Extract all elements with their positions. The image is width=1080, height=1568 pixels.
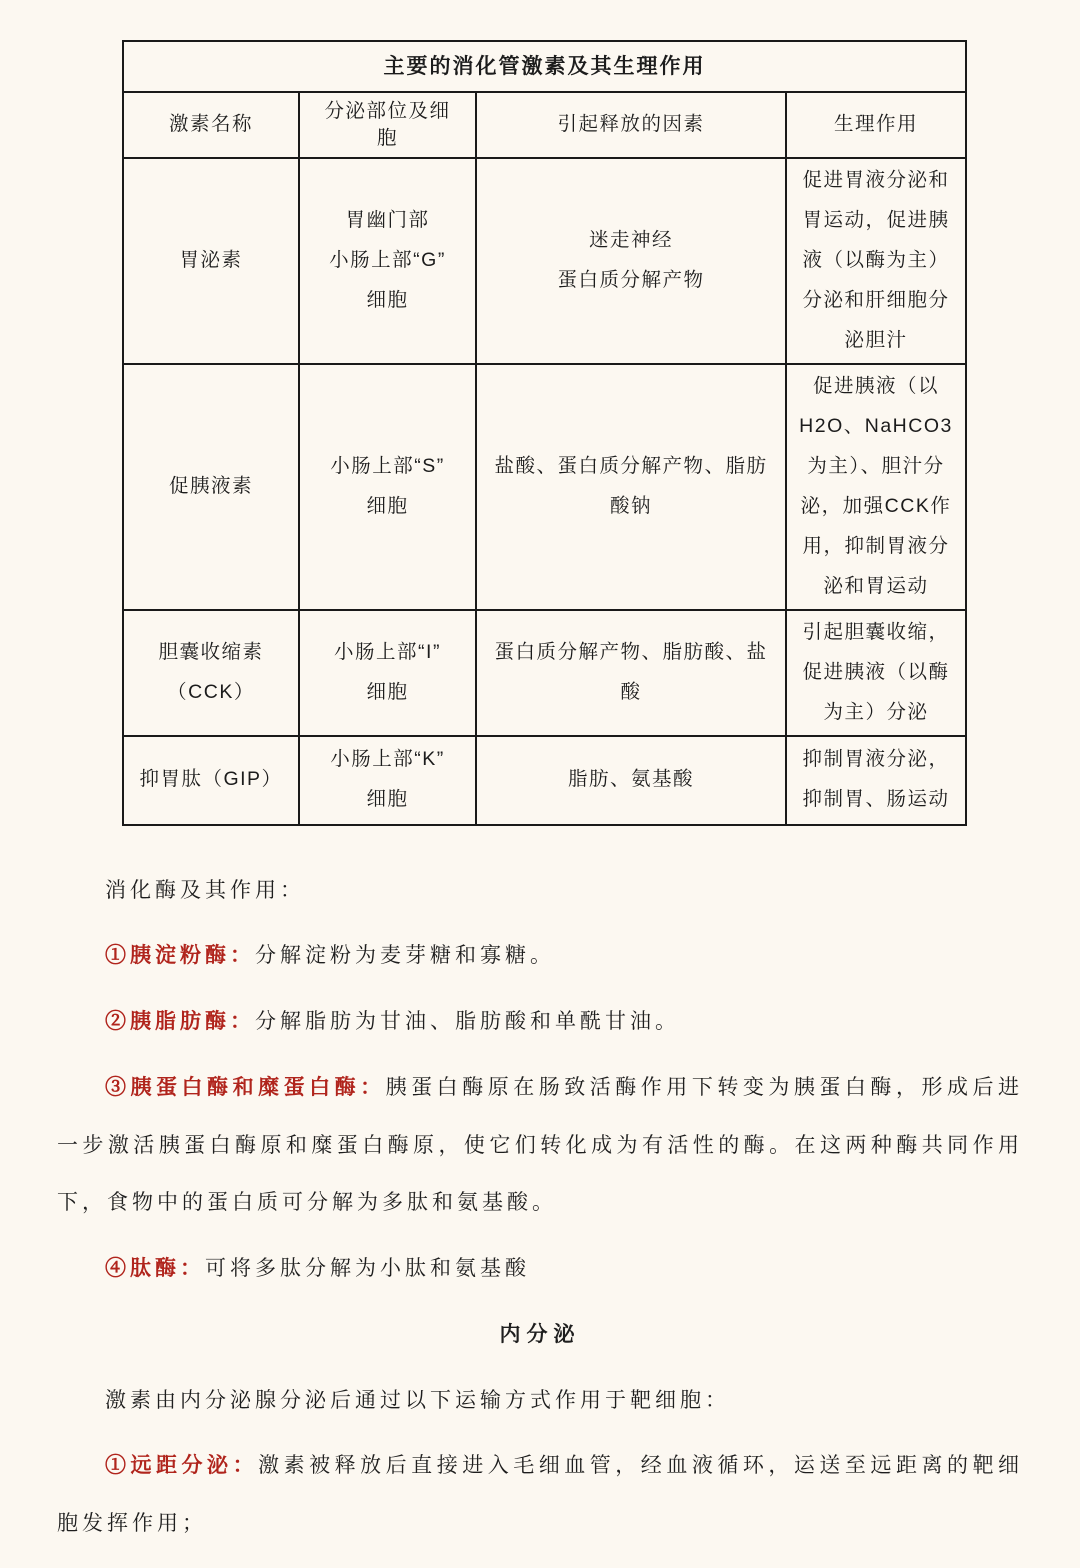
page: { "colors": { "background": "#fcf8f1", "… — [0, 40, 1080, 1568]
hormone-name-cell: 促胰液素 — [123, 364, 299, 610]
enzyme-item-1: ①胰淀粉酶：分解淀粉为麦芽糖和寡糖。 — [57, 927, 1023, 985]
enzyme-desc-peptidase: 可将多肽分解为小肽和氨基酸 — [205, 1256, 530, 1280]
physiological-effects-cell: 引起胆囊收缩，促进胰液（以酶为主）分泌 — [786, 610, 966, 736]
secretion-site-cell: 胃幽门部 小肠上部“G” 细胞 — [299, 158, 476, 364]
enzyme-label-trypsin-chymotrypsin: ③胰蛋白酶和糜蛋白酶： — [105, 1075, 386, 1099]
col-header-physiological-effects: 生理作用 — [786, 92, 966, 158]
table-row: 促胰液素 小肠上部“S” 细胞 盐酸、蛋白质分解产物、脂肪酸钠 促进胰液（以H2… — [123, 364, 966, 610]
paragraph-endocrine-intro: 激素由内分泌腺分泌后通过以下运输方式作用于靶细胞： — [57, 1372, 1023, 1430]
release-factors-cell: 盐酸、蛋白质分解产物、脂肪酸钠 — [476, 364, 786, 610]
section-heading-endocrine: 内分泌 — [57, 1306, 1023, 1364]
hormone-name-cell: 胆囊收缩素（CCK） — [123, 610, 299, 736]
hormone-name-cell: 胃泌素 — [123, 158, 299, 364]
col-header-secretion-site: 分泌部位及细胞 — [299, 92, 476, 158]
transport-label-telecrine: ①远距分泌： — [105, 1453, 258, 1477]
document-body: 消化酶及其作用： ①胰淀粉酶：分解淀粉为麦芽糖和寡糖。 ②胰脂肪酶：分解脂肪为甘… — [57, 862, 1023, 1553]
table-header-row: 激素名称 分泌部位及细胞 引起释放的因素 生理作用 — [123, 92, 966, 158]
hormone-name-cell: 抑胃肽（GIP） — [123, 736, 299, 825]
transport-item-1: ①远距分泌：激素被释放后直接进入毛细血管，经血液循环，运送至远距离的靶细胞发挥作… — [57, 1437, 1023, 1553]
release-factors-cell: 蛋白质分解产物、脂肪酸、盐酸 — [476, 610, 786, 736]
enzyme-desc-lipase: 分解脂肪为甘油、脂肪酸和单酰甘油。 — [255, 1009, 680, 1033]
physiological-effects-cell: 促进胃液分泌和胃运动，促进胰液（以酶为主）分泌和肝细胞分泌胆汁 — [786, 158, 966, 364]
secretion-site-cell: 小肠上部“K” 细胞 — [299, 736, 476, 825]
table-title-row: 主要的消化管激素及其生理作用 — [123, 41, 966, 92]
physiological-effects-cell: 促进胰液（以H2O、NaHCO3为主）、胆汁分泌，加强CCK作用，抑制胃液分泌和… — [786, 364, 966, 610]
table-row: 抑胃肽（GIP） 小肠上部“K” 细胞 脂肪、氨基酸 抑制胃液分泌，抑制胃、肠运… — [123, 736, 966, 825]
secretion-site-cell: 小肠上部“S” 细胞 — [299, 364, 476, 610]
release-factors-cell: 迷走神经 蛋白质分解产物 — [476, 158, 786, 364]
hormone-table: 主要的消化管激素及其生理作用 激素名称 分泌部位及细胞 引起释放的因素 生理作用… — [122, 40, 967, 826]
enzyme-item-4: ④肽酶：可将多肽分解为小肽和氨基酸 — [57, 1240, 1023, 1298]
enzyme-label-lipase: ②胰脂肪酶： — [105, 1009, 255, 1033]
secretion-site-cell: 小肠上部“I” 细胞 — [299, 610, 476, 736]
enzyme-label-amylase: ①胰淀粉酶： — [105, 943, 255, 967]
paragraph-digestive-enzymes-intro: 消化酶及其作用： — [57, 862, 1023, 920]
col-header-release-factors: 引起释放的因素 — [476, 92, 786, 158]
table-title: 主要的消化管激素及其生理作用 — [123, 41, 966, 92]
enzyme-desc-amylase: 分解淀粉为麦芽糖和寡糖。 — [255, 943, 555, 967]
table-row: 胃泌素 胃幽门部 小肠上部“G” 细胞 迷走神经 蛋白质分解产物 促进胃液分泌和… — [123, 158, 966, 364]
col-header-hormone-name: 激素名称 — [123, 92, 299, 158]
physiological-effects-cell: 抑制胃液分泌，抑制胃、肠运动 — [786, 736, 966, 825]
release-factors-cell: 脂肪、氨基酸 — [476, 736, 786, 825]
enzyme-item-2: ②胰脂肪酶：分解脂肪为甘油、脂肪酸和单酰甘油。 — [57, 993, 1023, 1051]
enzyme-item-3: ③胰蛋白酶和糜蛋白酶：胰蛋白酶原在肠致活酶作用下转变为胰蛋白酶，形成后进一步激活… — [57, 1059, 1023, 1232]
enzyme-label-peptidase: ④肽酶： — [105, 1256, 205, 1280]
table-row: 胆囊收缩素（CCK） 小肠上部“I” 细胞 蛋白质分解产物、脂肪酸、盐酸 引起胆… — [123, 610, 966, 736]
